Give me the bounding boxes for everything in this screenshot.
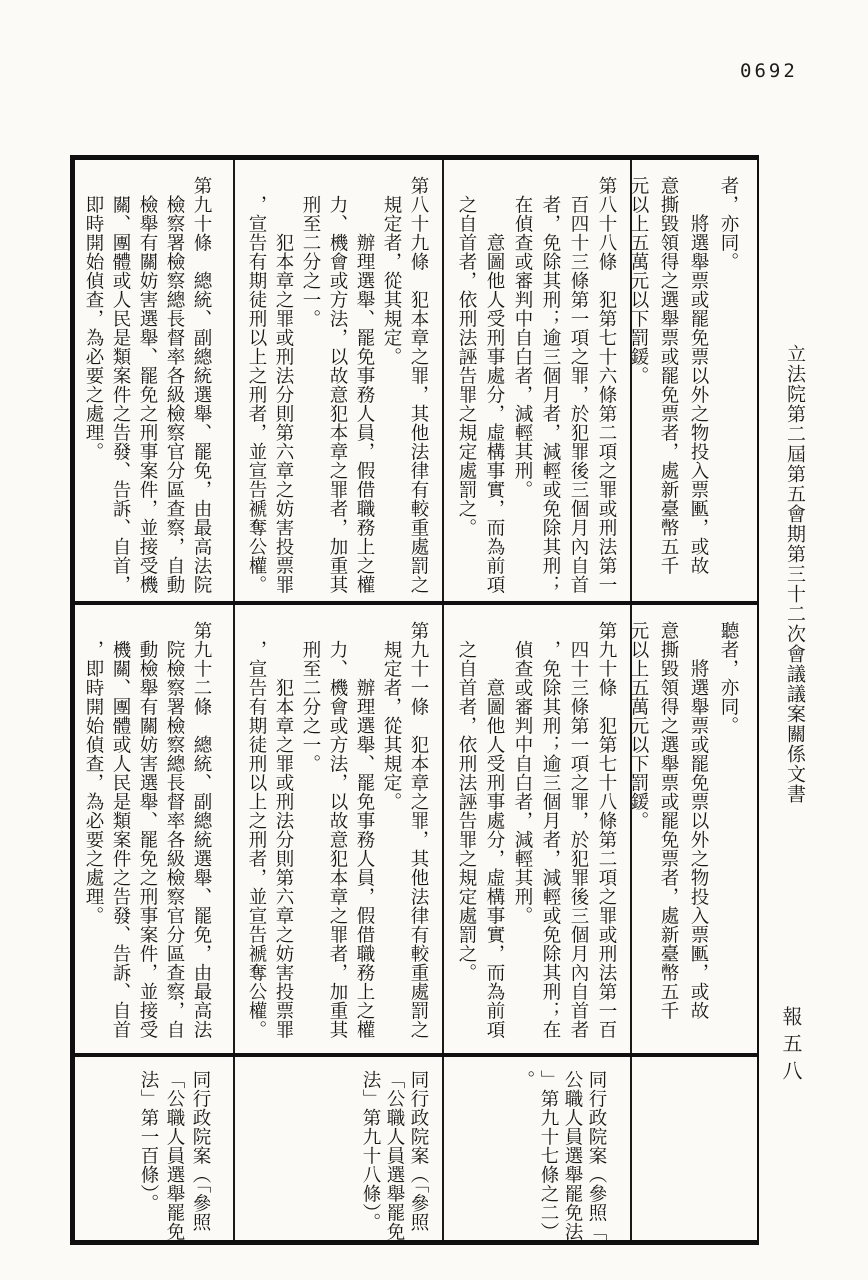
note-article-100: 同行政院案（「參照「公職人員選舉罷免法」第一百條）。: [75, 1057, 233, 1240]
text-line: 」第九十七條之二）: [536, 1070, 560, 1240]
text-line: 意圖他人受刑事處分，虛構事實，而為前項: [480, 621, 508, 1053]
cell-article-92: 第九十二條 總統、副總統選舉、罷免，由最高法 院檢察署檢察總長督率各級檢察官分區…: [75, 605, 233, 1053]
cell-continuation-lower: 聽者，亦同。 將選舉票或罷免票以外之物投入票匭，或故意撕毀領得之選舉票或罷免票者…: [630, 605, 757, 1053]
text-line: ，宣告有期徒刑以上之刑者，並宣告褫奪公權。: [243, 176, 270, 601]
text-line: 之自首者，依刑法誣告罪之規定處罰之。: [452, 621, 480, 1053]
text-line: ，免除其刑；逾三個月者，減輕或免除其刑；在: [536, 621, 564, 1053]
text-line: 院檢察署檢察總長督率各級檢察官分區查察，自: [161, 621, 188, 1053]
text-line: 將選舉票或罷免票以外之物投入票匭，或故: [683, 621, 713, 1053]
text-line: 刑至二分之一。: [297, 176, 324, 601]
text-line: 同行政院案（「參照: [406, 1070, 430, 1240]
note-empty: [630, 1057, 757, 1240]
text-line: 關、團體或人民是類案件之告發、告訴、自首，: [107, 176, 134, 601]
cell-article-88: 第八十八條 犯第七十六條第二項之罪或刑法第一 百四十三條第一項之罪，於犯罪後三個…: [442, 160, 630, 601]
text-line: 「公職人員選舉罷免: [161, 1070, 187, 1240]
text-line: ，即時開始偵查，為必要之處理。: [80, 621, 107, 1053]
text-line: 在偵查或審判中自白者，減輕其刑。: [508, 176, 536, 601]
text-line: 者，亦同。: [713, 176, 743, 601]
text-line: 將選舉票或罷免票以外之物投入票匭，或故: [683, 176, 713, 601]
side-page-label: 報五八: [777, 1006, 806, 1087]
text-line: 法」第九十八條）。: [358, 1070, 382, 1240]
text-line: 動檢舉有關妨害選舉、罷免之刑事案件，並接受: [134, 621, 161, 1053]
text-line: 「公職人員選舉罷免: [382, 1070, 406, 1240]
text-line: 元以上五萬元以下罰鍰。: [630, 176, 653, 601]
table-row-lower-text: 第九十二條 總統、副總統選舉、罷免，由最高法 院檢察署檢察總長督率各級檢察官分區…: [75, 601, 757, 1053]
text-line: 第八十九條 犯本章之罪，其他法律有較重處罰之: [405, 176, 432, 601]
note-article-98: 同行政院案（「參照「公職人員選舉罷免法」第九十八條）。: [233, 1057, 442, 1240]
text-line: 之自首者，依刑法誣告罪之規定處罰之。: [452, 176, 480, 601]
text-line: 第九十條 總統、副總統選舉、罷免，由最高法院: [188, 176, 215, 601]
text-line: 元以上五萬元以下罰鍰。: [630, 621, 653, 1053]
text-line: ，宣告有期徒刑以上之刑者，並宣告褫奪公權。: [243, 621, 270, 1053]
text-line: 機關、團體或人民是類案件之告發、告訴、自首: [107, 621, 134, 1053]
text-line: 犯本章之罪或刑法分則第六章之妨害投票罪: [270, 176, 297, 601]
text-line: 同行政院案（參照「: [584, 1070, 608, 1240]
page-number: 0692: [740, 60, 798, 82]
text-line: 第九十二條 總統、副總統選舉、罷免，由最高法: [188, 621, 215, 1053]
text-line: 百四十三條第一項之罪，於犯罪後三個月內自首: [564, 176, 592, 601]
text-line: 者，免除其刑；逾三個月者，減輕或免除其刑；: [536, 176, 564, 601]
note-article-97-2: 同行政院案（參照「公職人員選舉罷免法」第九十七條之二）。: [442, 1057, 630, 1240]
text-line: 第九十條 犯第七十八條第二項之罪或刑法第一百: [592, 621, 620, 1053]
table-row-remarks: 同行政院案（「參照「公職人員選舉罷免法」第一百條）。 同行政院案（「參照「公職人…: [75, 1053, 757, 1240]
cell-article-90-upper: 第九十條 總統、副總統選舉、罷免，由最高法院 檢察署檢察總長督率各級檢察官分區查…: [75, 160, 233, 601]
cell-article-90-lower: 第九十條 犯第七十八條第二項之罪或刑法第一百 四十三條第一項之罪，於犯罪後三個月…: [442, 605, 630, 1053]
text-line: 力、機會或方法，以故意犯本章之罪者，加重其: [324, 621, 351, 1053]
cell-article-91: 第九十一條 犯本章之罪，其他法律有較重處罰之 規定者，從其規定。 辦理選舉、罷免…: [233, 605, 442, 1053]
text-line: 刑至二分之一。: [297, 621, 324, 1053]
text-line: 四十三條第一項之罪，於犯罪後三個月內自首者: [564, 621, 592, 1053]
text-line: 聽者，亦同。: [713, 621, 743, 1053]
text-line: 意撕毀領得之選舉票或罷免票者，處新臺幣五千: [653, 176, 683, 601]
text-line: 規定者，從其規定。: [378, 621, 405, 1053]
text-line: 檢察署檢察總長督率各級檢察官分區查察，自動: [161, 176, 188, 601]
text-line: 公職人員選舉罷免法: [560, 1070, 584, 1240]
text-line: 意圖他人受刑事處分，虛構事實，而為前項: [480, 176, 508, 601]
text-line: 第八十八條 犯第七十六條第二項之罪或刑法第一: [592, 176, 620, 601]
text-line: 同行政院案（「參照: [187, 1070, 213, 1240]
text-line: 意撕毀領得之選舉票或罷免票者，處新臺幣五千: [653, 621, 683, 1053]
cell-article-89: 第八十九條 犯本章之罪，其他法律有較重處罰之 規定者，從其規定。 辦理選舉、罷免…: [233, 160, 442, 601]
text-line: 法」第一百條）。: [135, 1070, 161, 1240]
text-line: 檢舉有關妨害選舉、罷免之刑事案件，並接受機: [134, 176, 161, 601]
text-line: 辦理選舉、罷免事務人員，假借職務上之權: [351, 621, 378, 1053]
table-row-upper-text: 第九十條 總統、副總統選舉、罷免，由最高法院 檢察署檢察總長督率各級檢察官分區查…: [75, 160, 757, 601]
text-line: 犯本章之罪或刑法分則第六章之妨害投票罪: [270, 621, 297, 1053]
text-line: 規定者，從其規定。: [378, 176, 405, 601]
text-line: 力、機會或方法，以故意犯本章之罪者，加重其: [324, 176, 351, 601]
side-title-legislative-yuan: 立法院第二屆第五會期第三十二次會議議案關係文書: [782, 344, 809, 804]
text-line: 偵查或審判中自白者，減輕其刑。: [508, 621, 536, 1053]
cell-continuation-upper: 者，亦同。 將選舉票或罷免票以外之物投入票匭，或故意撕毀領得之選舉票或罷免票者，…: [630, 160, 757, 601]
text-line: 第九十一條 犯本章之罪，其他法律有較重處罰之: [405, 621, 432, 1053]
text-line: 。: [512, 1070, 536, 1240]
article-comparison-table: 第九十條 總統、副總統選舉、罷免，由最高法院 檢察署檢察總長督率各級檢察官分區查…: [70, 155, 759, 1245]
text-line: 即時開始偵查，為必要之處理。: [80, 176, 107, 601]
text-line: 辦理選舉、罷免事務人員，假借職務上之權: [351, 176, 378, 601]
